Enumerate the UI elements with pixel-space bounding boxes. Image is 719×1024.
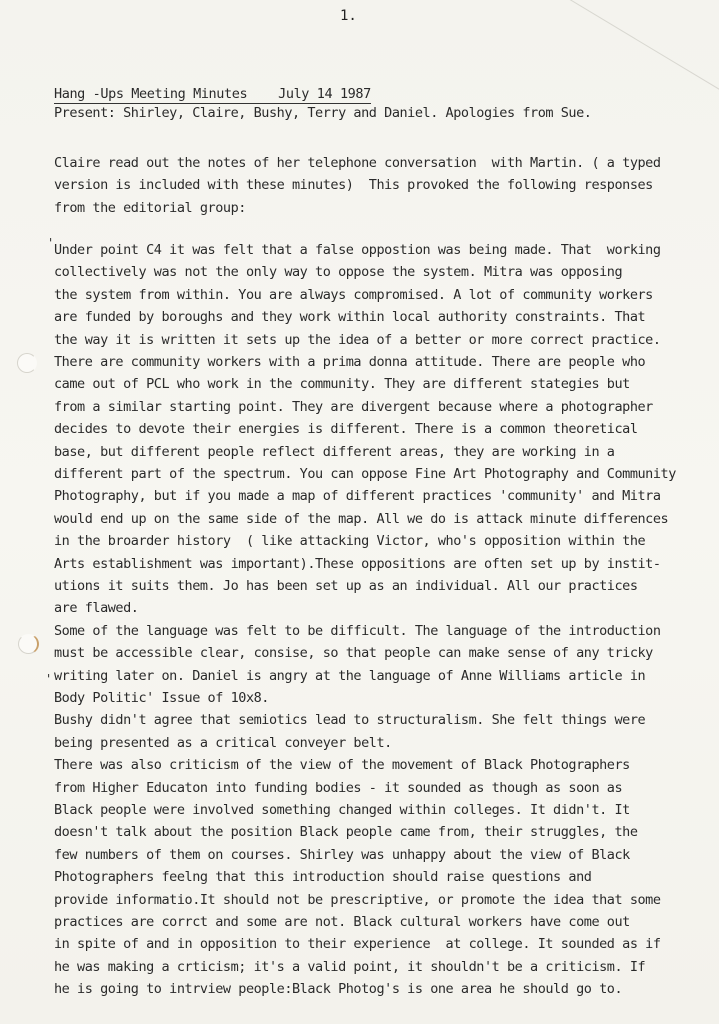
- text-line: in the broarder history ( like attacking…: [54, 535, 645, 549]
- punch-hole: [17, 353, 37, 373]
- margin-mark: ': [47, 236, 54, 250]
- text-line: would end up on the same side of the map…: [54, 513, 668, 527]
- text-line: are funded by boroughs and they work wit…: [54, 311, 645, 325]
- text-line: version is included with these minutes) …: [54, 179, 653, 193]
- document-title: Hang -Ups Meeting Minutes: [54, 86, 247, 102]
- text-line: from a similar starting point. They are …: [54, 401, 653, 415]
- text-line: Bushy didn't agree that semiotics lead t…: [54, 714, 645, 728]
- punch-hole: [18, 634, 39, 654]
- text-line: in spite of and in opposition to their e…: [54, 938, 661, 952]
- text-line: writing later on. Daniel is angry at the…: [54, 670, 645, 684]
- text-line: he is going to intrview people:Black Pho…: [54, 983, 622, 997]
- text-line: must be accessible clear, consise, so th…: [54, 647, 653, 661]
- attendees-line: Present: Shirley, Claire, Bushy, Terry a…: [54, 107, 591, 121]
- text-line: from the editorial group:: [54, 202, 246, 216]
- text-line: came out of PCL who work in the communit…: [54, 378, 630, 392]
- text-line: collectively was not the only way to opp…: [54, 266, 622, 280]
- document-header: Hang -Ups Meeting Minutes July 14 1987: [54, 86, 371, 104]
- text-line: Black people were involved something cha…: [54, 804, 630, 818]
- text-line: Body Politic' Issue of 10x8.: [54, 692, 269, 706]
- text-line: Arts establishment was important).These …: [54, 558, 661, 572]
- page-number: 1.: [340, 8, 357, 24]
- text-line: Photography, but if you made a map of di…: [54, 490, 661, 504]
- text-line: Some of the language was felt to be diff…: [54, 625, 661, 639]
- text-line: doesn't talk about the position Black pe…: [54, 826, 638, 840]
- document-page: 1. Hang -Ups Meeting Minutes July 14 198…: [0, 0, 719, 1024]
- text-line: few numbers of them on courses. Shirley …: [54, 849, 630, 863]
- text-line: being presented as a critical conveyer b…: [54, 737, 392, 751]
- text-line: he was making a crticism; it's a valid p…: [54, 961, 645, 975]
- margin-mark: ': [45, 672, 52, 686]
- text-line: Claire read out the notes of her telepho…: [54, 157, 661, 171]
- paper-fold-line: [554, 0, 719, 114]
- text-line: the system from within. You are always c…: [54, 289, 653, 303]
- text-line: Under point C4 it was felt that a false …: [54, 244, 661, 258]
- text-line: There are community workers with a prima…: [54, 356, 645, 370]
- text-line: from Higher Educaton into funding bodies…: [54, 782, 622, 796]
- text-line: Photographers feelng that this introduct…: [54, 871, 591, 885]
- text-line: different part of the spectrum. You can …: [54, 468, 676, 482]
- meeting-date: July 14 1987: [278, 86, 371, 102]
- text-line: decides to devote their energies is diff…: [54, 423, 638, 437]
- text-line: are flawed.: [54, 602, 138, 616]
- text-line: practices are corrct and some are not. B…: [54, 916, 630, 930]
- text-line: provide informatio.It should not be pres…: [54, 894, 661, 908]
- text-line: utions it suits them. Jo has been set up…: [54, 580, 638, 594]
- text-line: There was also criticism of the view of …: [54, 759, 630, 773]
- text-line: base, but different people reflect diffe…: [54, 446, 614, 460]
- text-line: the way it is written it sets up the ide…: [54, 334, 661, 348]
